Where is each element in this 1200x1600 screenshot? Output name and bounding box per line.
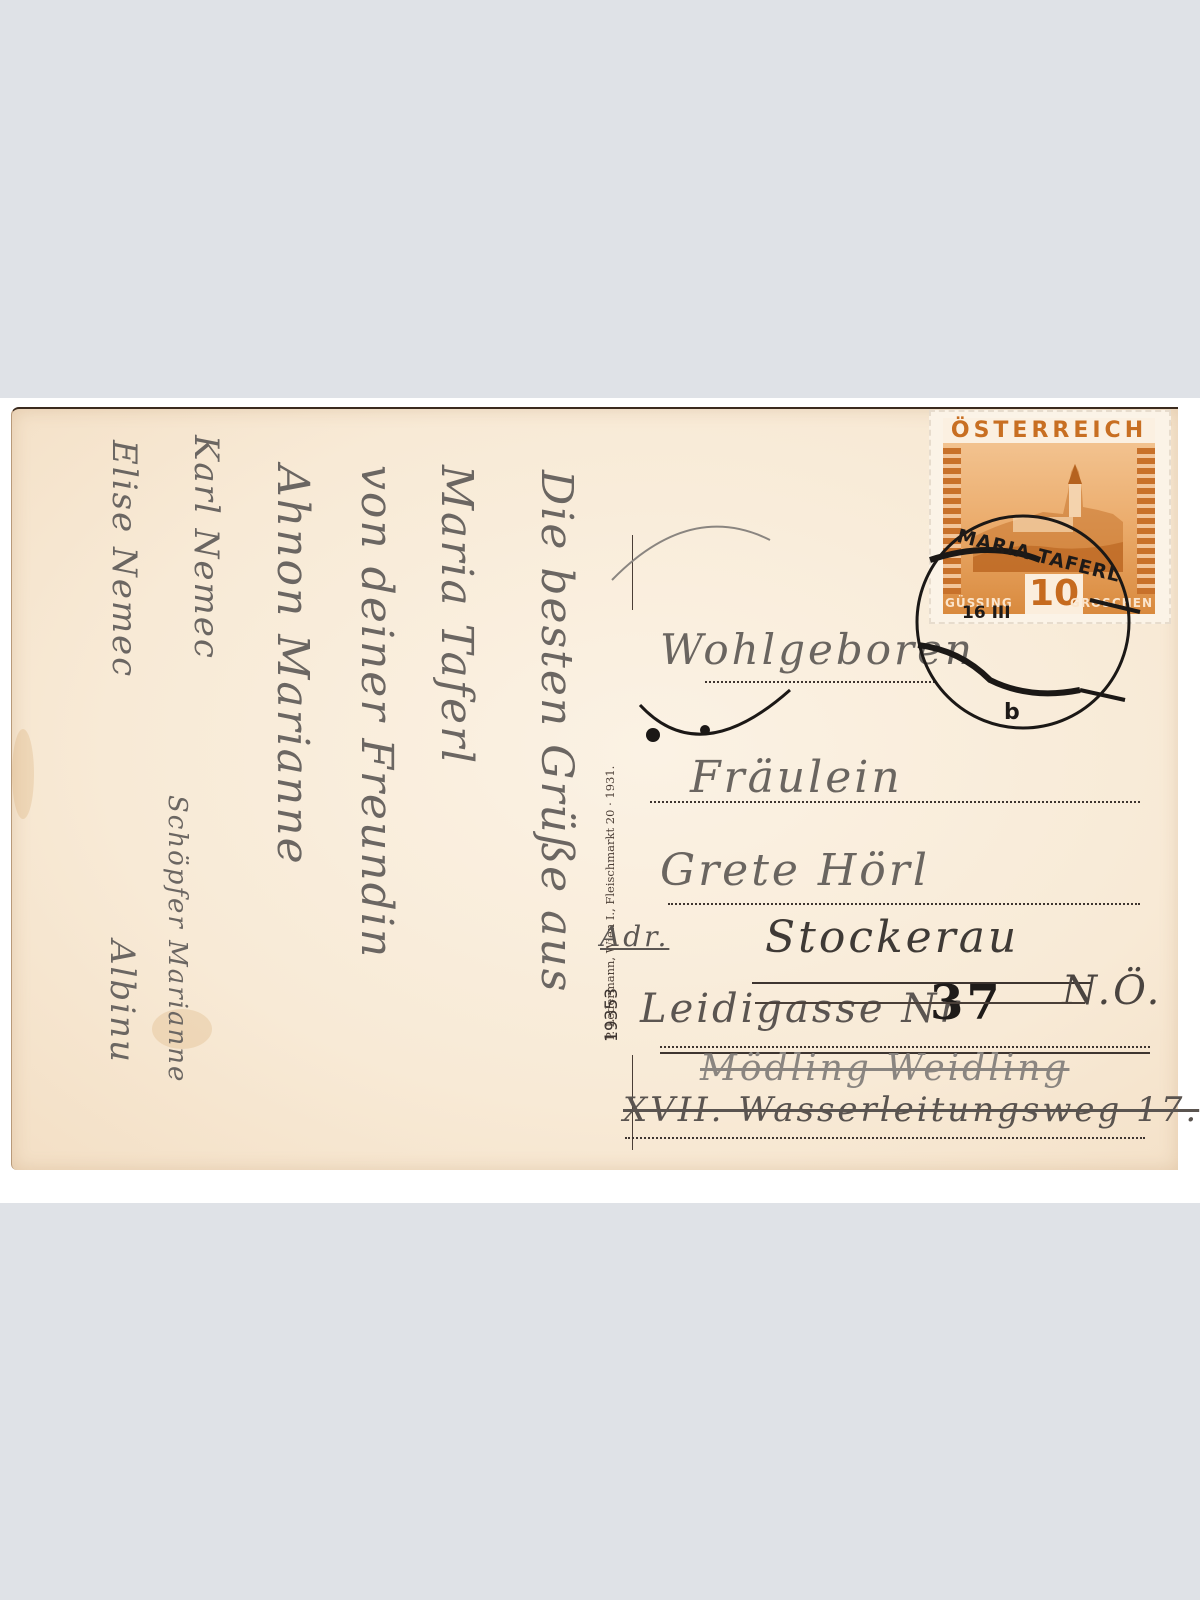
city-underline: [752, 982, 1092, 984]
stamp-ornament-right: [1137, 448, 1155, 594]
center-divider-top: [632, 535, 633, 610]
postmark-letter: b: [1004, 700, 1020, 725]
address-prefix: Adr.: [600, 920, 669, 953]
message-line-3: von deiner Freundin: [351, 465, 402, 959]
crossed-out-address-1: Mödling Weidling: [700, 1048, 1069, 1089]
serial-number: 19353: [602, 988, 622, 1042]
stamp-country: ÖSTERREICH: [943, 418, 1155, 443]
address-line-5: [625, 1137, 1145, 1139]
address-city: Stockerau: [765, 912, 1019, 963]
address-line-3: [668, 903, 1140, 905]
stamp-ornament-left: [943, 448, 961, 594]
crossed-out-address-2: XVII. Wasserleitungsweg 17.: [623, 1090, 1199, 1130]
message-line-4: Ahnon Marianne: [267, 465, 318, 866]
signature-2: Elise Nemec: [104, 440, 144, 678]
address-street: Leidigasse Nr: [640, 986, 961, 1032]
address-region: N.Ö.: [1062, 968, 1162, 1014]
signature-1: Karl Nemec: [186, 435, 226, 660]
message-line-1: Die besten Grüße aus: [531, 470, 582, 993]
address-name: Grete Hörl: [660, 845, 930, 896]
stamp-unit: GROSCHEN: [1070, 596, 1153, 610]
postmark-date: 16 III: [962, 603, 1011, 623]
address-salutation: Wohlgeboren: [660, 625, 975, 674]
signature-3: Schöpfer Marianne: [162, 795, 192, 1083]
address-line-2: [650, 801, 1140, 803]
address-line-1: [705, 681, 935, 683]
address-title: Fräulein: [690, 752, 903, 803]
age-stain: [12, 729, 34, 819]
signature-4: Albinu: [102, 940, 142, 1064]
message-line-2: Maria Taferl: [431, 465, 482, 765]
stamp-design: ÖSTERREICH GÜSSING 10 GROSCHEN: [943, 422, 1155, 614]
strike-line: [755, 1002, 1085, 1004]
postage-stamp: ÖSTERREICH GÜSSING 10 GROSCHEN: [929, 410, 1171, 624]
